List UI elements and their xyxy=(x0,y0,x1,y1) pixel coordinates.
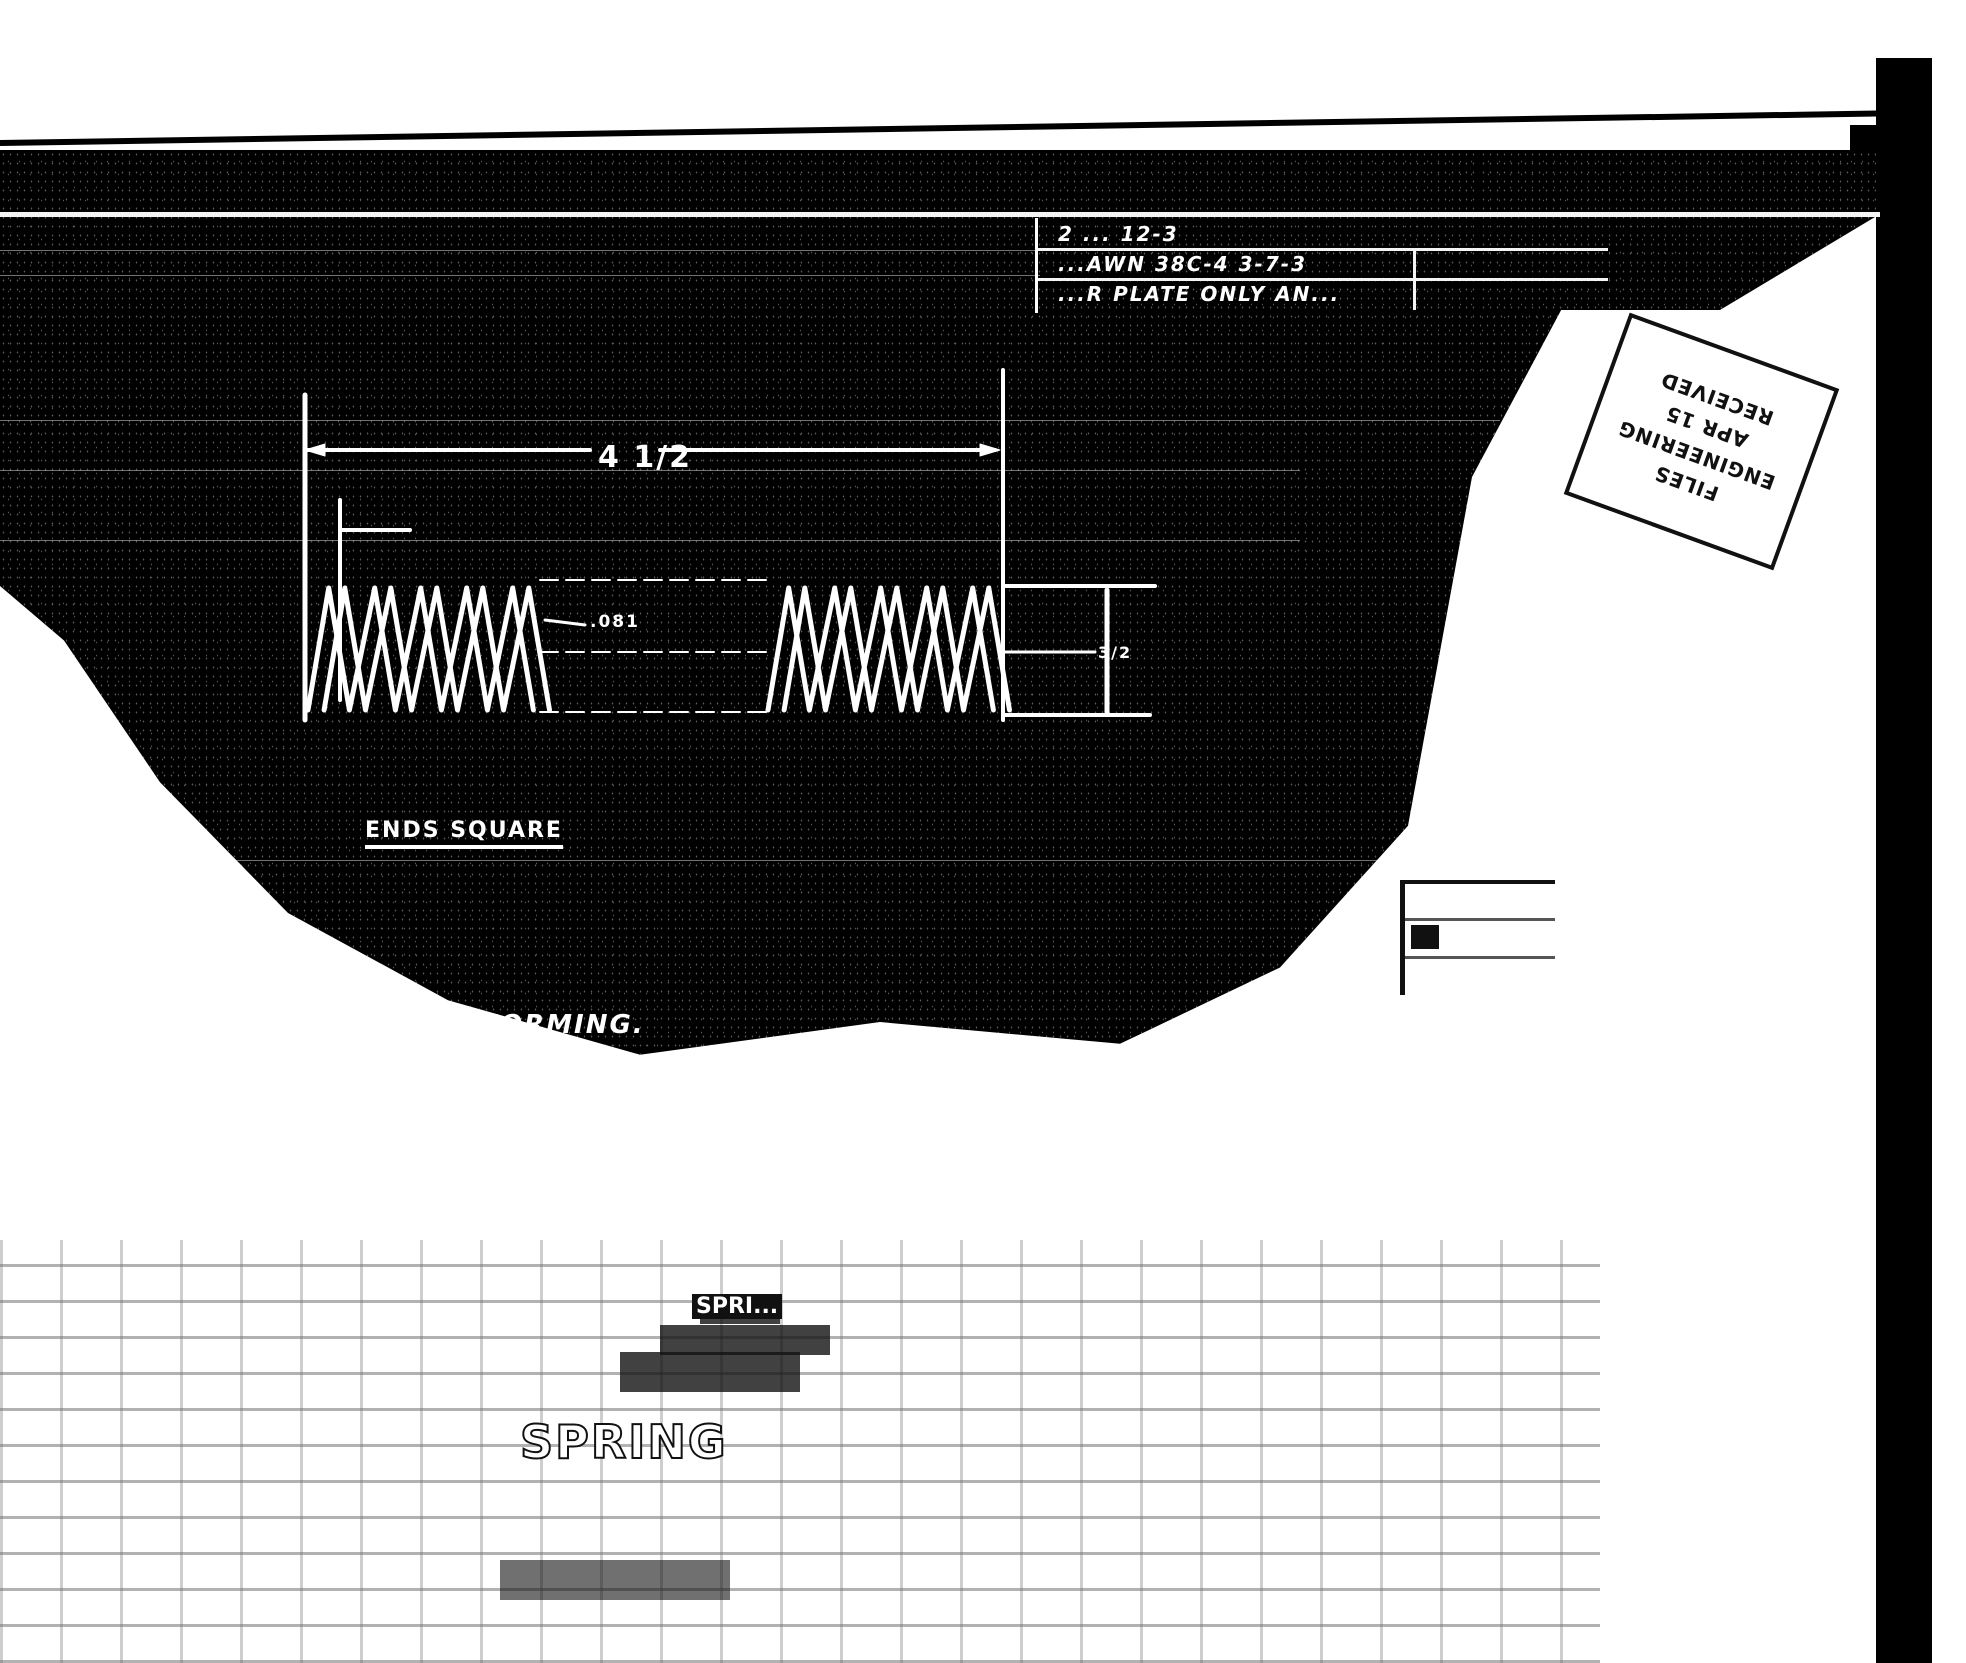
outside-diameter-dimension: 3/2 xyxy=(1098,643,1132,662)
note-ends-square: ENDS SQUARE xyxy=(365,818,563,849)
note-after-forming: ...AR AFTER FORMING. xyxy=(275,1010,645,1040)
blank-box xyxy=(1440,1110,1600,1205)
spring-coils-left xyxy=(308,588,550,710)
note-hours-after: ...FOR 3 HOURS AFTER xyxy=(285,1076,657,1106)
overall-length-dimension: 4 1/2 xyxy=(598,440,692,475)
spring-coils-right xyxy=(768,588,1010,710)
revision-marker-e-2: E xyxy=(1348,885,1386,923)
drawing-sheet: 2 ... 12-3 ...AWN 38C-4 3-7-3 ...R PLATE… xyxy=(0,0,1966,1663)
revision-marker-e: E xyxy=(762,1040,800,1078)
title-block xyxy=(0,1240,1600,1663)
title-part-name: SPRING xyxy=(520,1415,728,1469)
change-table xyxy=(1400,880,1555,995)
title-part-name-top: SPRI... xyxy=(692,1294,782,1319)
wire-diameter-dimension: .081 xyxy=(590,612,640,632)
